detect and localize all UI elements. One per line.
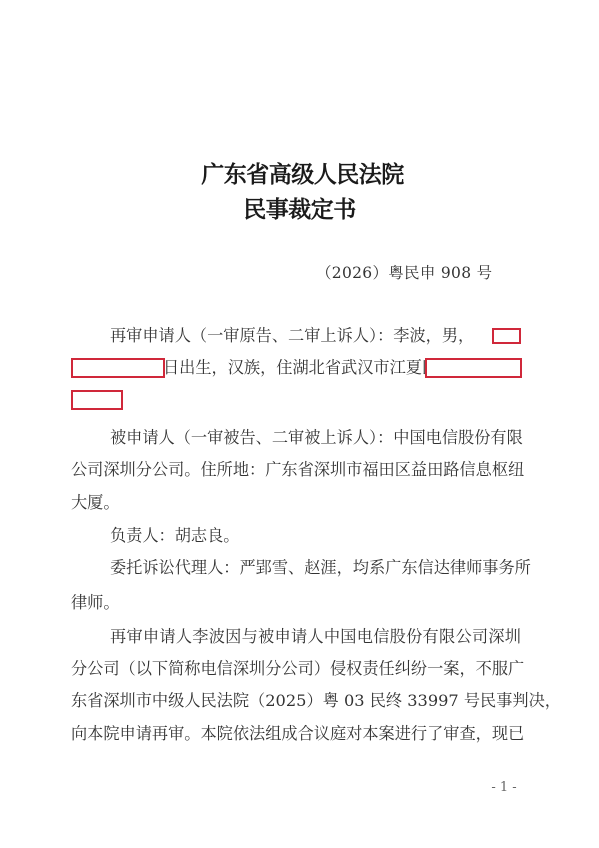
document-type-heading: 民事裁定书: [0, 198, 599, 222]
respondent-line-2: 公司深圳分公司。住所地：广东省深圳市福田区益田路信息枢纽: [71, 460, 521, 480]
redaction-box: [71, 358, 165, 378]
page-number: - 1 -: [486, 780, 522, 795]
respondent-line-1: 被申请人（一审被告、二审被上诉人）：中国电信股份有限: [110, 428, 521, 448]
case-number: （2026）粤民申 908 号: [316, 261, 492, 283]
applicant-line-1: 再审申请人（一审原告、二审上诉人）：李波，男，: [110, 326, 490, 346]
redaction-box: [425, 358, 522, 378]
respondent-line-3: 大厦。: [71, 493, 521, 513]
responsible-person-line: 负责人：胡志良。: [110, 526, 521, 546]
body-line-3: 东省深圳市中级人民法院（2025）粤 03 民终 33997 号民事判决，: [71, 691, 521, 711]
agent-line-2: 律师。: [71, 593, 521, 613]
body-line-4: 向本院申请再审。本院依法组成合议庭对本案进行了审查，现已: [71, 724, 521, 744]
redaction-box: [492, 328, 521, 344]
body-line-2: 分公司（以下简称电信深圳分公司）侵权责任纠纷一案，不服广: [71, 659, 521, 679]
court-name-heading: 广东省高级人民法院: [3, 163, 599, 187]
redaction-box: [71, 390, 123, 410]
applicant-line-2: 日出生，汉族，住湖北省武汉市江夏区: [163, 358, 425, 378]
body-line-1: 再审申请人李波因与被申请人中国电信股份有限公司深圳: [110, 627, 521, 647]
agent-line-1: 委托诉讼代理人：严郢雪、赵涯，均系广东信达律师事务所: [110, 558, 521, 578]
